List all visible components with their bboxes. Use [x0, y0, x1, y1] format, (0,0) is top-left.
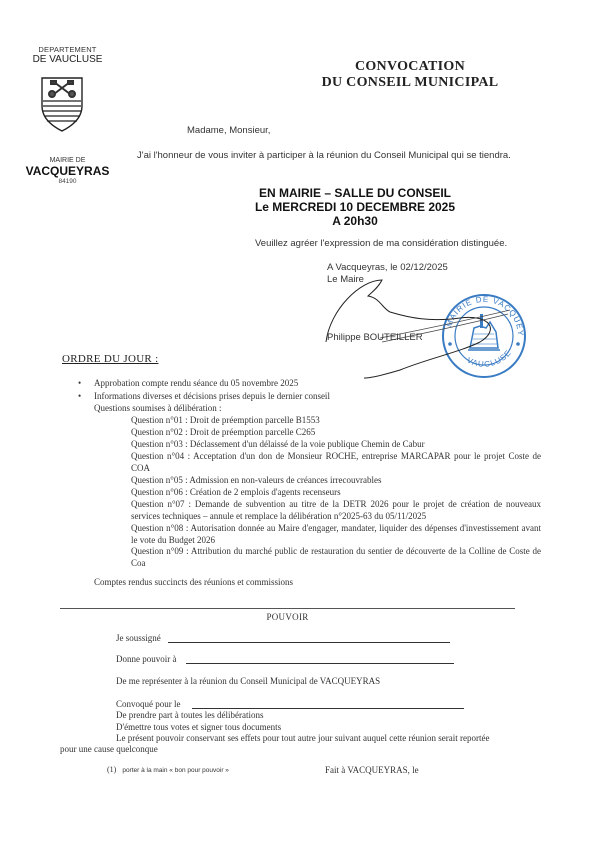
bullet-icon: •	[78, 391, 81, 401]
reports-item: Comptes rendus succincts des réunions et…	[94, 577, 293, 589]
convened-label: Convoqué pour le	[116, 699, 181, 709]
undersigned-field[interactable]	[168, 642, 450, 643]
bullet-icon: •	[78, 378, 81, 388]
agenda-question: Question n°02 : Droit de préemption parc…	[131, 427, 541, 439]
postcode: 84190	[20, 178, 115, 185]
signer-name: Philippe BOUTEILLER	[327, 332, 423, 343]
section-divider	[60, 608, 515, 609]
mairie-label: MAIRIE DE	[20, 157, 115, 164]
footnote-text: porter à la main « bon pour pouvoir »	[122, 767, 229, 774]
validity-text-continued: pour une cause quelconque	[60, 744, 158, 754]
convened-date-field[interactable]	[192, 708, 464, 709]
proxy-holder-field[interactable]	[186, 663, 454, 664]
coat-of-arms-icon	[40, 76, 84, 132]
undersigned-label: Je soussigné	[116, 633, 161, 643]
department-line2: DE VAUCLUSE	[20, 54, 115, 65]
intro-text: J'ai l'honneur de vous inviter à partici…	[137, 150, 511, 161]
take-part-text: De prendre part à toutes les délibératio…	[116, 710, 263, 720]
agenda-item: Informations diverses et décisions prise…	[94, 391, 330, 403]
agenda-heading: ORDRE DU JOUR :	[62, 353, 158, 365]
agenda-item: Approbation compte rendu séance du 05 no…	[94, 378, 298, 390]
closing-formula: Veuillez agréer l'expression de ma consi…	[255, 238, 507, 249]
greeting: Madame, Monsieur,	[187, 125, 270, 136]
agenda-question: Question n°07 : Demande de subvention au…	[131, 499, 541, 522]
document-title-line1: CONVOCATION	[290, 59, 530, 75]
department-line1: DEPARTEMENT	[20, 45, 115, 54]
agenda-question: Question n°03 : Déclassement d'un délais…	[131, 439, 541, 451]
proxy-heading: POUVOIR	[60, 612, 515, 622]
agenda-question: Question n°08 : Autorisation donnée au M…	[131, 523, 541, 546]
footnote: (1) porter à la main « bon pour pouvoir …	[107, 765, 229, 774]
meeting-location: EN MAIRIE – SALLE DU CONSEIL	[230, 186, 480, 200]
agenda-question: Question n°09 : Attribution du marché pu…	[131, 546, 541, 569]
agenda-question: Question n°04 : Acceptation d'un don de …	[131, 451, 541, 474]
represent-text: De me représenter à la réunion du Consei…	[116, 676, 380, 686]
give-power-label: Donne pouvoir à	[116, 654, 177, 664]
questions-heading: Questions soumises à délibération :	[94, 403, 221, 415]
meeting-date: Le MERCREDI 10 DECEMBRE 2025	[230, 200, 480, 214]
agenda-question: Question n°05 : Admission en non-valeurs…	[131, 475, 541, 487]
done-at: Fait à VACQUEYRAS, le	[325, 765, 419, 775]
meeting-time: A 20h30	[230, 214, 480, 228]
town-name: VACQUEYRAS	[20, 164, 115, 178]
validity-text: Le présent pouvoir conservant ses effets…	[116, 733, 541, 743]
footnote-number: (1)	[107, 765, 116, 774]
vote-text: D'émettre tous votes et signer tous docu…	[116, 722, 281, 732]
document-title-line2: DU CONSEIL MUNICIPAL	[290, 75, 530, 91]
handwritten-signature-icon	[320, 270, 520, 380]
agenda-question: Question n°06 : Création de 2 emplois d'…	[131, 487, 541, 499]
agenda-question: Question n°01 : Droit de préemption parc…	[131, 415, 541, 427]
